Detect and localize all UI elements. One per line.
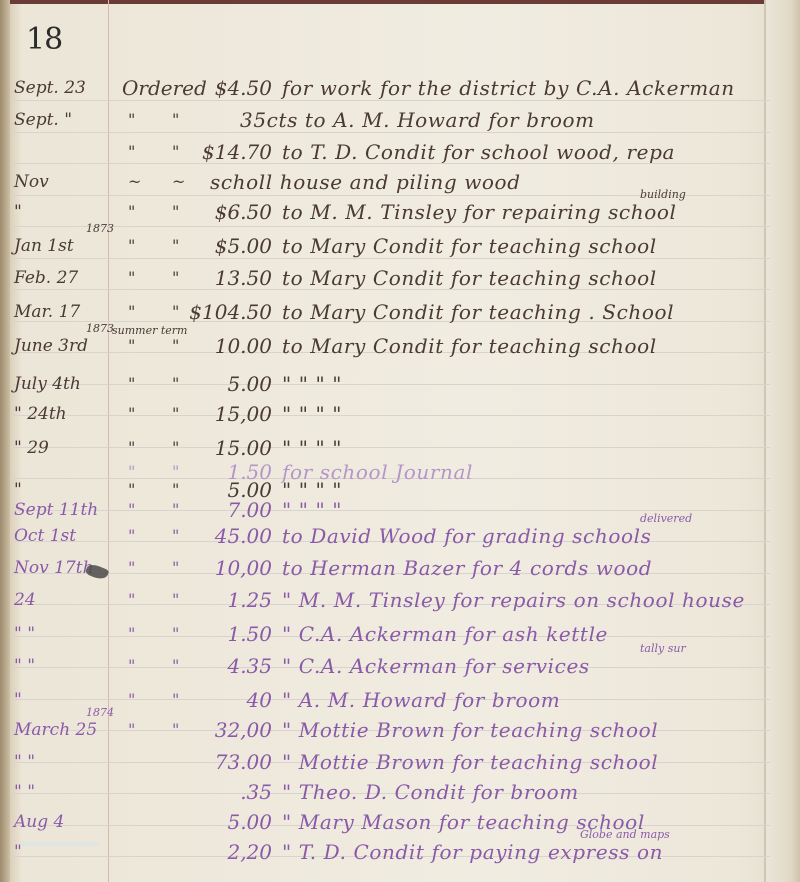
ditto-mark: " — [128, 624, 135, 643]
ledger-row: " ".35" Theo. D. Condit for broom — [0, 776, 770, 810]
entry-date: " " — [14, 752, 106, 772]
page-top-edge — [0, 0, 800, 4]
entry-amount: 1.50 — [176, 622, 272, 646]
ditto-mark: " — [128, 404, 135, 423]
entry-amount: 32,00 — [176, 718, 272, 742]
entry-description: " Mottie Brown for teaching school — [282, 718, 658, 742]
ledger-row: ""$14.70to T. D. Condit for school wood,… — [0, 136, 770, 170]
entry-amount: 4.35 — [176, 654, 272, 678]
entry-description: " " " " — [282, 372, 342, 396]
next-page-edge — [766, 0, 800, 882]
entry-description: to Mary Condit for teaching school — [282, 234, 657, 258]
ledger-row: Feb. 27""13.50to Mary Condit for teachin… — [0, 262, 770, 296]
entry-date: 24 — [14, 590, 106, 610]
entry-description: " " " " — [282, 498, 342, 522]
entry-description: to Herman Bazer for 4 cords wood — [282, 556, 652, 580]
ditto-mark: " — [128, 438, 135, 457]
entry-amount: $14.70 — [176, 140, 272, 164]
entry-date: Feb. 27 — [14, 268, 106, 288]
ditto-mark: " — [128, 656, 135, 675]
entry-date: " " — [14, 656, 106, 676]
entry-date: July 4th — [14, 374, 106, 394]
ledger-row: June 3rd1873summer term""10.00to Mary Co… — [0, 330, 770, 364]
ditto-mark: " — [128, 590, 135, 609]
year-note: 1874 — [86, 706, 114, 719]
entry-amount: 45.00 — [176, 524, 272, 548]
ditto-mark: " — [128, 336, 135, 355]
ledger-row: Jan 1st1873""$5.00to Mary Condit for tea… — [0, 230, 770, 264]
entry-description: for work for the district by C.A. Ackerm… — [282, 76, 735, 100]
ledger-row: "2,20" T. D. Condit for paying express o… — [0, 836, 770, 870]
entry-date: March 25 — [14, 720, 106, 740]
ledger-row: Nov 17th""10,00to Herman Bazer for 4 cor… — [0, 552, 770, 586]
ditto-mark: " — [128, 202, 135, 221]
entry-date: " 29 — [14, 438, 106, 458]
ditto-mark: " — [128, 236, 135, 255]
entry-amount: 5.00 — [176, 372, 272, 396]
entry-amount: 40 — [176, 688, 272, 712]
entry-description: 35cts to A. M. Howard for broom — [240, 108, 595, 132]
entry-description: " " " " — [282, 402, 342, 426]
ditto-mark: " — [172, 110, 179, 129]
entry-date: June 3rd — [14, 336, 106, 356]
entry-date: Oct 1st — [14, 526, 106, 546]
ditto-mark: " — [128, 374, 135, 393]
entry-date: Sept. " — [14, 110, 106, 130]
interlinear-note: Globe and maps — [580, 828, 670, 841]
entry-description: " T. D. Condit for paying express on — [282, 840, 663, 864]
entry-amount: .35 — [176, 780, 272, 804]
year-note: 1873 — [86, 222, 114, 235]
entry-date: " " — [14, 782, 106, 802]
entry-description: to M. M. Tinsley for repairing school — [282, 200, 677, 224]
ledger-row: 24""1.25" M. M. Tinsley for repairs on s… — [0, 584, 770, 618]
ledger-row: March 251874""32,00" Mottie Brown for te… — [0, 714, 770, 748]
entry-date: Aug 4 — [14, 812, 106, 832]
entry-amount: 73.00 — [176, 750, 272, 774]
interlinear-note: building — [640, 188, 686, 201]
entry-amount: 15,00 — [176, 402, 272, 426]
ledger-row: " "73.00" Mottie Brown for teaching scho… — [0, 746, 770, 780]
entry-description: to Mary Condit for teaching school — [282, 334, 657, 358]
entry-description: to Mary Condit for teaching . School — [282, 300, 674, 324]
entry-description: to Mary Condit for teaching school — [282, 266, 657, 290]
entry-description: " A. M. Howard for broom — [282, 688, 560, 712]
entry-amount: 7.00 — [176, 498, 272, 522]
ditto-mark: " — [128, 268, 135, 287]
ditto-mark: " — [128, 142, 135, 161]
entry-description: " M. M. Tinsley for repairs on school ho… — [282, 588, 745, 612]
entry-date: Mar. 17 — [14, 302, 106, 322]
entry-description: to T. D. Condit for school wood, repa — [282, 140, 675, 164]
paper-crease — [20, 842, 100, 846]
ledger-row: July 4th""5.00" " " " — [0, 368, 770, 402]
ditto-mark: ~ — [128, 172, 141, 191]
year-note: 1873 — [86, 322, 114, 335]
entry-amount: 13.50 — [176, 266, 272, 290]
entry-amount: $6.50 — [176, 200, 272, 224]
ledger-row: Sept. """35cts to A. M. Howard for broom — [0, 104, 770, 138]
entry-date: " 24th — [14, 404, 106, 424]
ditto-mark: " — [128, 500, 135, 519]
ditto-mark: " — [128, 302, 135, 321]
ditto-mark: " — [128, 720, 135, 739]
entry-amount: 5.00 — [176, 810, 272, 834]
entry-amount: 2,20 — [176, 840, 272, 864]
ledger-row: Sept. 23Ordered$4.50for work for the dis… — [0, 72, 770, 106]
entry-date: Nov — [14, 172, 106, 192]
entry-date: Sept. 23 — [14, 78, 106, 98]
ledger-row: """40" A. M. Howard for broom — [0, 684, 770, 718]
entry-date: Jan 1st — [14, 236, 106, 256]
interlinear-note: delivered — [640, 512, 692, 525]
entry-description: " C.A. Ackerman for services — [282, 654, 590, 678]
entry-amount: 10.00 — [176, 334, 272, 358]
entry-description: to David Wood for grading schools — [282, 524, 651, 548]
entry-amount: $4.50 — [176, 76, 272, 100]
page-number: 18 — [26, 22, 62, 57]
ditto-mark: " — [128, 690, 135, 709]
entry-amount: 1.25 — [176, 588, 272, 612]
entry-description: " Mottie Brown for teaching school — [282, 750, 658, 774]
entry-date: " — [14, 202, 106, 222]
ditto-mark: " — [128, 558, 135, 577]
ditto-mark: " — [128, 110, 135, 129]
entry-description: " C.A. Ackerman for ash kettle — [282, 622, 608, 646]
ditto-mark: " — [128, 526, 135, 545]
entry-description: scholl house and piling wood — [210, 170, 521, 194]
entry-amount: 10,00 — [176, 556, 272, 580]
ledger-row: " """4.35" C.A. Ackerman for servicestal… — [0, 650, 770, 684]
entry-amount: $104.50 — [176, 300, 272, 324]
ditto-mark: ~ — [172, 172, 185, 191]
ledger-page: 18 Sept. 23Ordered$4.50for work for the … — [0, 0, 800, 882]
ledger-row: Oct 1st""45.00to David Wood for grading … — [0, 520, 770, 554]
entry-date: " " — [14, 624, 106, 644]
ledger-row: " 24th""15,00" " " " — [0, 398, 770, 432]
interlinear-note: tally sur — [640, 642, 686, 655]
ledger-row: """$6.50to M. M. Tinsley for repairing s… — [0, 196, 770, 230]
entry-description: " Theo. D. Condit for broom — [282, 780, 579, 804]
entry-date: Sept 11th — [14, 500, 106, 520]
entry-amount: $5.00 — [176, 234, 272, 258]
